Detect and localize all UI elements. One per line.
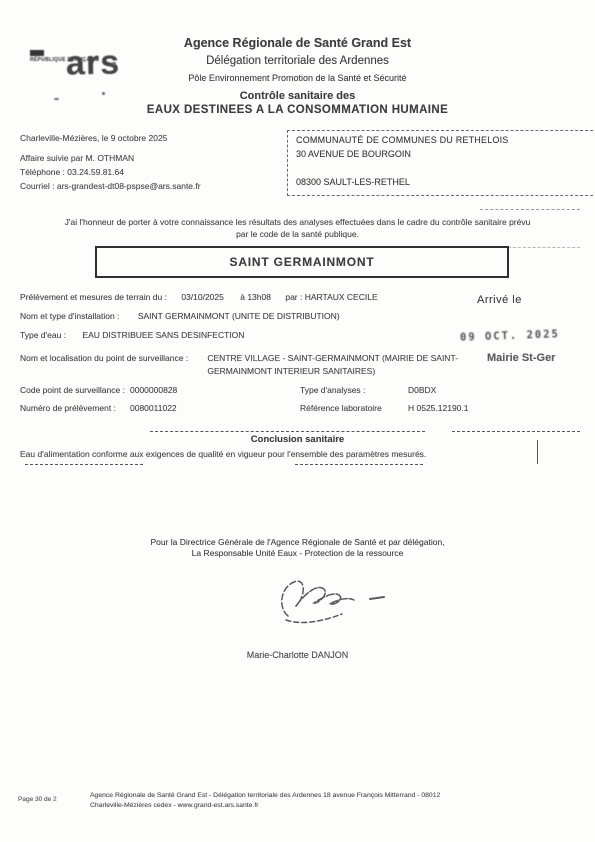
footer-address-line1: Agence Régionale de Santé Grand Est - Dé… bbox=[90, 791, 580, 801]
lab-ref-value: H 0525.12190.1 bbox=[408, 403, 469, 413]
conclusion-text: Eau d'alimentation conforme aux exigence… bbox=[20, 449, 540, 459]
point-code-label: Code point de surveillance : bbox=[20, 385, 125, 395]
analysis-type-label: Type d'analyses : bbox=[300, 385, 365, 395]
arrival-stamp-label: Arrivé le bbox=[477, 294, 522, 306]
phone-line: Téléphone : 03.24.59.81.64 bbox=[20, 167, 201, 177]
conclusion-title: Conclusion sanitaire bbox=[0, 434, 595, 445]
place-and-date: Charleville-Mézières, le 9 octobre 2025 bbox=[20, 133, 201, 143]
sampling-time: à 13h08 bbox=[240, 292, 271, 302]
installation-row: Nom et type d'installation : SAINT GERMA… bbox=[20, 311, 580, 321]
signature-scribble bbox=[272, 572, 392, 630]
control-title-line2: EAUX DESTINEES A LA CONSOMMATION HUMAINE bbox=[0, 104, 595, 116]
conclusion-divider bbox=[150, 431, 425, 432]
commune-name: SAINT GERMAINMONT bbox=[230, 255, 375, 269]
signatory-name: Marie-Charlotte DANJON bbox=[0, 650, 595, 660]
commune-title-box: SAINT GERMAINMONT bbox=[95, 246, 509, 278]
footer-page-number: Page 30 de 2 bbox=[18, 796, 57, 803]
analysis-type-value: D0BDX bbox=[408, 385, 436, 395]
surveillance-point-label: Nom et localisation du point de surveill… bbox=[20, 352, 205, 365]
recipient-city: 08300 SAULT-LES-RETHEL bbox=[296, 177, 594, 187]
control-title-line1: Contrôle sanitaire des bbox=[0, 90, 595, 102]
scan-artifact-line bbox=[537, 440, 538, 464]
scan-artifact-line bbox=[508, 247, 580, 248]
sampling-label: Prélèvement et mesures de terrain du : bbox=[20, 292, 167, 302]
codes-row: Numéro de prélèvement : 0080011022 Référ… bbox=[20, 403, 580, 421]
handled-by: Affaire suivie par M. OTHMAN bbox=[20, 153, 201, 163]
letter-header: Agence Régionale de Santé Grand Est Délé… bbox=[0, 36, 595, 116]
scan-artifact-line bbox=[480, 209, 580, 210]
arrival-stamp-office: Mairie St-Ger bbox=[487, 352, 555, 364]
email-line: Courriel : ars-grandest-dt08-pspse@ars.s… bbox=[20, 181, 201, 191]
agency-name: Agence Régionale de Santé Grand Est bbox=[0, 36, 595, 50]
codes-row: Code point de surveillance : 0000000828 … bbox=[20, 385, 580, 403]
recipient-address-box: COMMUNAUTÉ DE COMMUNES DU RETHELOIS 30 A… bbox=[287, 130, 595, 196]
installation-value: SAINT GERMAINMONT (UNITE DE DISTRIBUTION… bbox=[138, 311, 340, 321]
footer-address-line2: Charleville-Mézières cedex - www.grand-e… bbox=[90, 801, 580, 811]
delegation-name: Délégation territoriale des Ardennes bbox=[0, 55, 595, 67]
lab-ref-label: Référence laboratoire bbox=[300, 403, 382, 413]
pole-name: Pôle Environnement Promotion de la Santé… bbox=[0, 73, 595, 83]
sample-number-label: Numéro de prélèvement : bbox=[20, 403, 116, 413]
surveillance-point-value: CENTRE VILLAGE - SAINT-GERMAINMONT (MAIR… bbox=[207, 352, 507, 378]
conclusion-divider bbox=[452, 431, 580, 432]
recipient-name: COMMUNAUTÉ DE COMMUNES DU RETHELOIS bbox=[296, 135, 594, 145]
intro-paragraph: J'ai l'honneur de porter à votre connais… bbox=[58, 217, 537, 241]
codes-section: Code point de surveillance : 0000000828 … bbox=[20, 385, 580, 421]
sampling-date: 03/10/2025 bbox=[181, 292, 224, 302]
sampling-agent: par : HARTAUX CECILE bbox=[285, 292, 377, 302]
footer-address: Agence Régionale de Santé Grand Est - Dé… bbox=[90, 791, 580, 810]
water-type-value: EAU DISTRIBUEE SANS DESINFECTION bbox=[82, 330, 244, 340]
signature-delegation-line2: La Responsable Unité Eaux - Protection d… bbox=[0, 548, 595, 558]
sample-number-value: 0080011022 bbox=[130, 403, 177, 413]
conclusion-divider bbox=[295, 464, 423, 465]
sender-block: Charleville-Mézières, le 9 octobre 2025 … bbox=[20, 133, 201, 191]
signature-delegation-line1: Pour la Directrice Générale de l'Agence … bbox=[0, 537, 595, 547]
water-type-label: Type d'eau : bbox=[20, 330, 66, 340]
conclusion-divider bbox=[25, 464, 143, 465]
installation-label: Nom et type d'installation : bbox=[20, 311, 119, 321]
point-code-value: 0000000828 bbox=[130, 385, 177, 395]
recipient-street: 30 AVENUE DE BOURGOIN bbox=[296, 149, 594, 159]
scanned-letter-page: RÉPUBLIQUE FRANÇAISE ars Agence Régional… bbox=[0, 0, 595, 842]
